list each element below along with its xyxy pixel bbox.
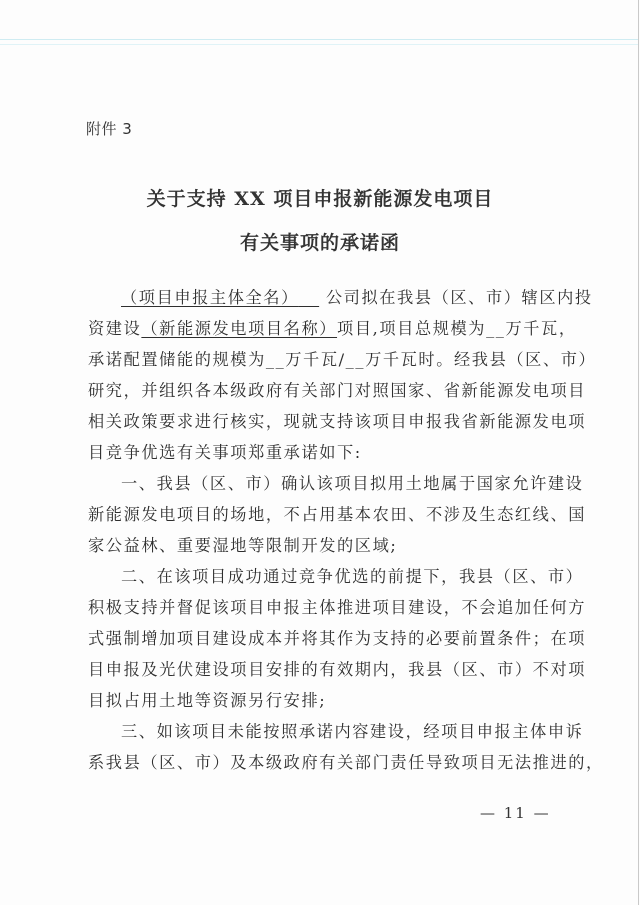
item2-line-5: 目拟占用土地等资源另行安排; xyxy=(88,685,558,716)
intro-line-6: 目竞争优选有关事项郑重承诺如下: xyxy=(88,437,558,468)
page-number: — 11 — xyxy=(480,804,551,822)
scan-artifact-line xyxy=(0,39,638,40)
attachment-label: 附件 3 xyxy=(86,118,132,139)
document-title-line-2: 有关事项的承诺函 xyxy=(0,228,640,255)
intro-line-4: 研究，并组织各本级政府有关部门对照国家、省新能源发电项目 xyxy=(88,375,558,406)
item1-line-1: 一、我县（区、市）确认该项目拟用土地属于国家允许建设 xyxy=(88,468,558,499)
item2-line-1: 二、在该项目成功通过竞争优选的前提下，我县（区、市） xyxy=(88,561,558,592)
intro-line-5: 相关政策要求进行核实，现就支持该项目申报我省新能源发电项 xyxy=(88,406,558,437)
intro-line-1: （项目申报主体全名） 公司拟在我县（区、市）辖区内投 xyxy=(88,282,558,313)
item2-line-3: 式强制增加项目建设成本并将其作为支持的必要前置条件；在项 xyxy=(88,623,558,654)
item2-line-2: 积极支持并督促该项目申报主体推进项目建设，不会追加任何方 xyxy=(88,592,558,623)
intro-line-3: 承诺配置储能的规模为__万千瓦/__万千瓦时。经我县（区、市） xyxy=(88,344,558,375)
document-title-line-1: 关于支持 XX 项目申报新能源发电项目 xyxy=(0,184,640,211)
applicant-name-blank: （项目申报主体全名） xyxy=(121,288,299,307)
intro-line-2: 资建设（新能源发电项目名称）项目,项目总规模为__万千瓦， xyxy=(88,313,558,344)
document-body: （项目申报主体全名） 公司拟在我县（区、市）辖区内投 资建设（新能源发电项目名称… xyxy=(88,282,558,778)
scan-artifact-line xyxy=(0,44,638,45)
item3-line-1: 三、如该项目未能按照承诺内容建设，经项目申报主体申诉 xyxy=(88,716,558,747)
page-edge xyxy=(638,0,639,905)
project-name-blank: （新能源发电项目名称） xyxy=(141,319,337,338)
item2-line-4: 目申报及光伏建设项目安排的有效期内，我县（区、市）不对项 xyxy=(88,654,558,685)
item1-line-2: 新能源发电项目的场地，不占用基本农田、不涉及生态红线、国 xyxy=(88,499,558,530)
item3-line-2: 系我县（区、市）及本级政府有关部门责任导致项目无法推进的， xyxy=(88,747,558,778)
item1-line-3: 家公益林、重要湿地等限制开发的区域; xyxy=(88,530,558,561)
